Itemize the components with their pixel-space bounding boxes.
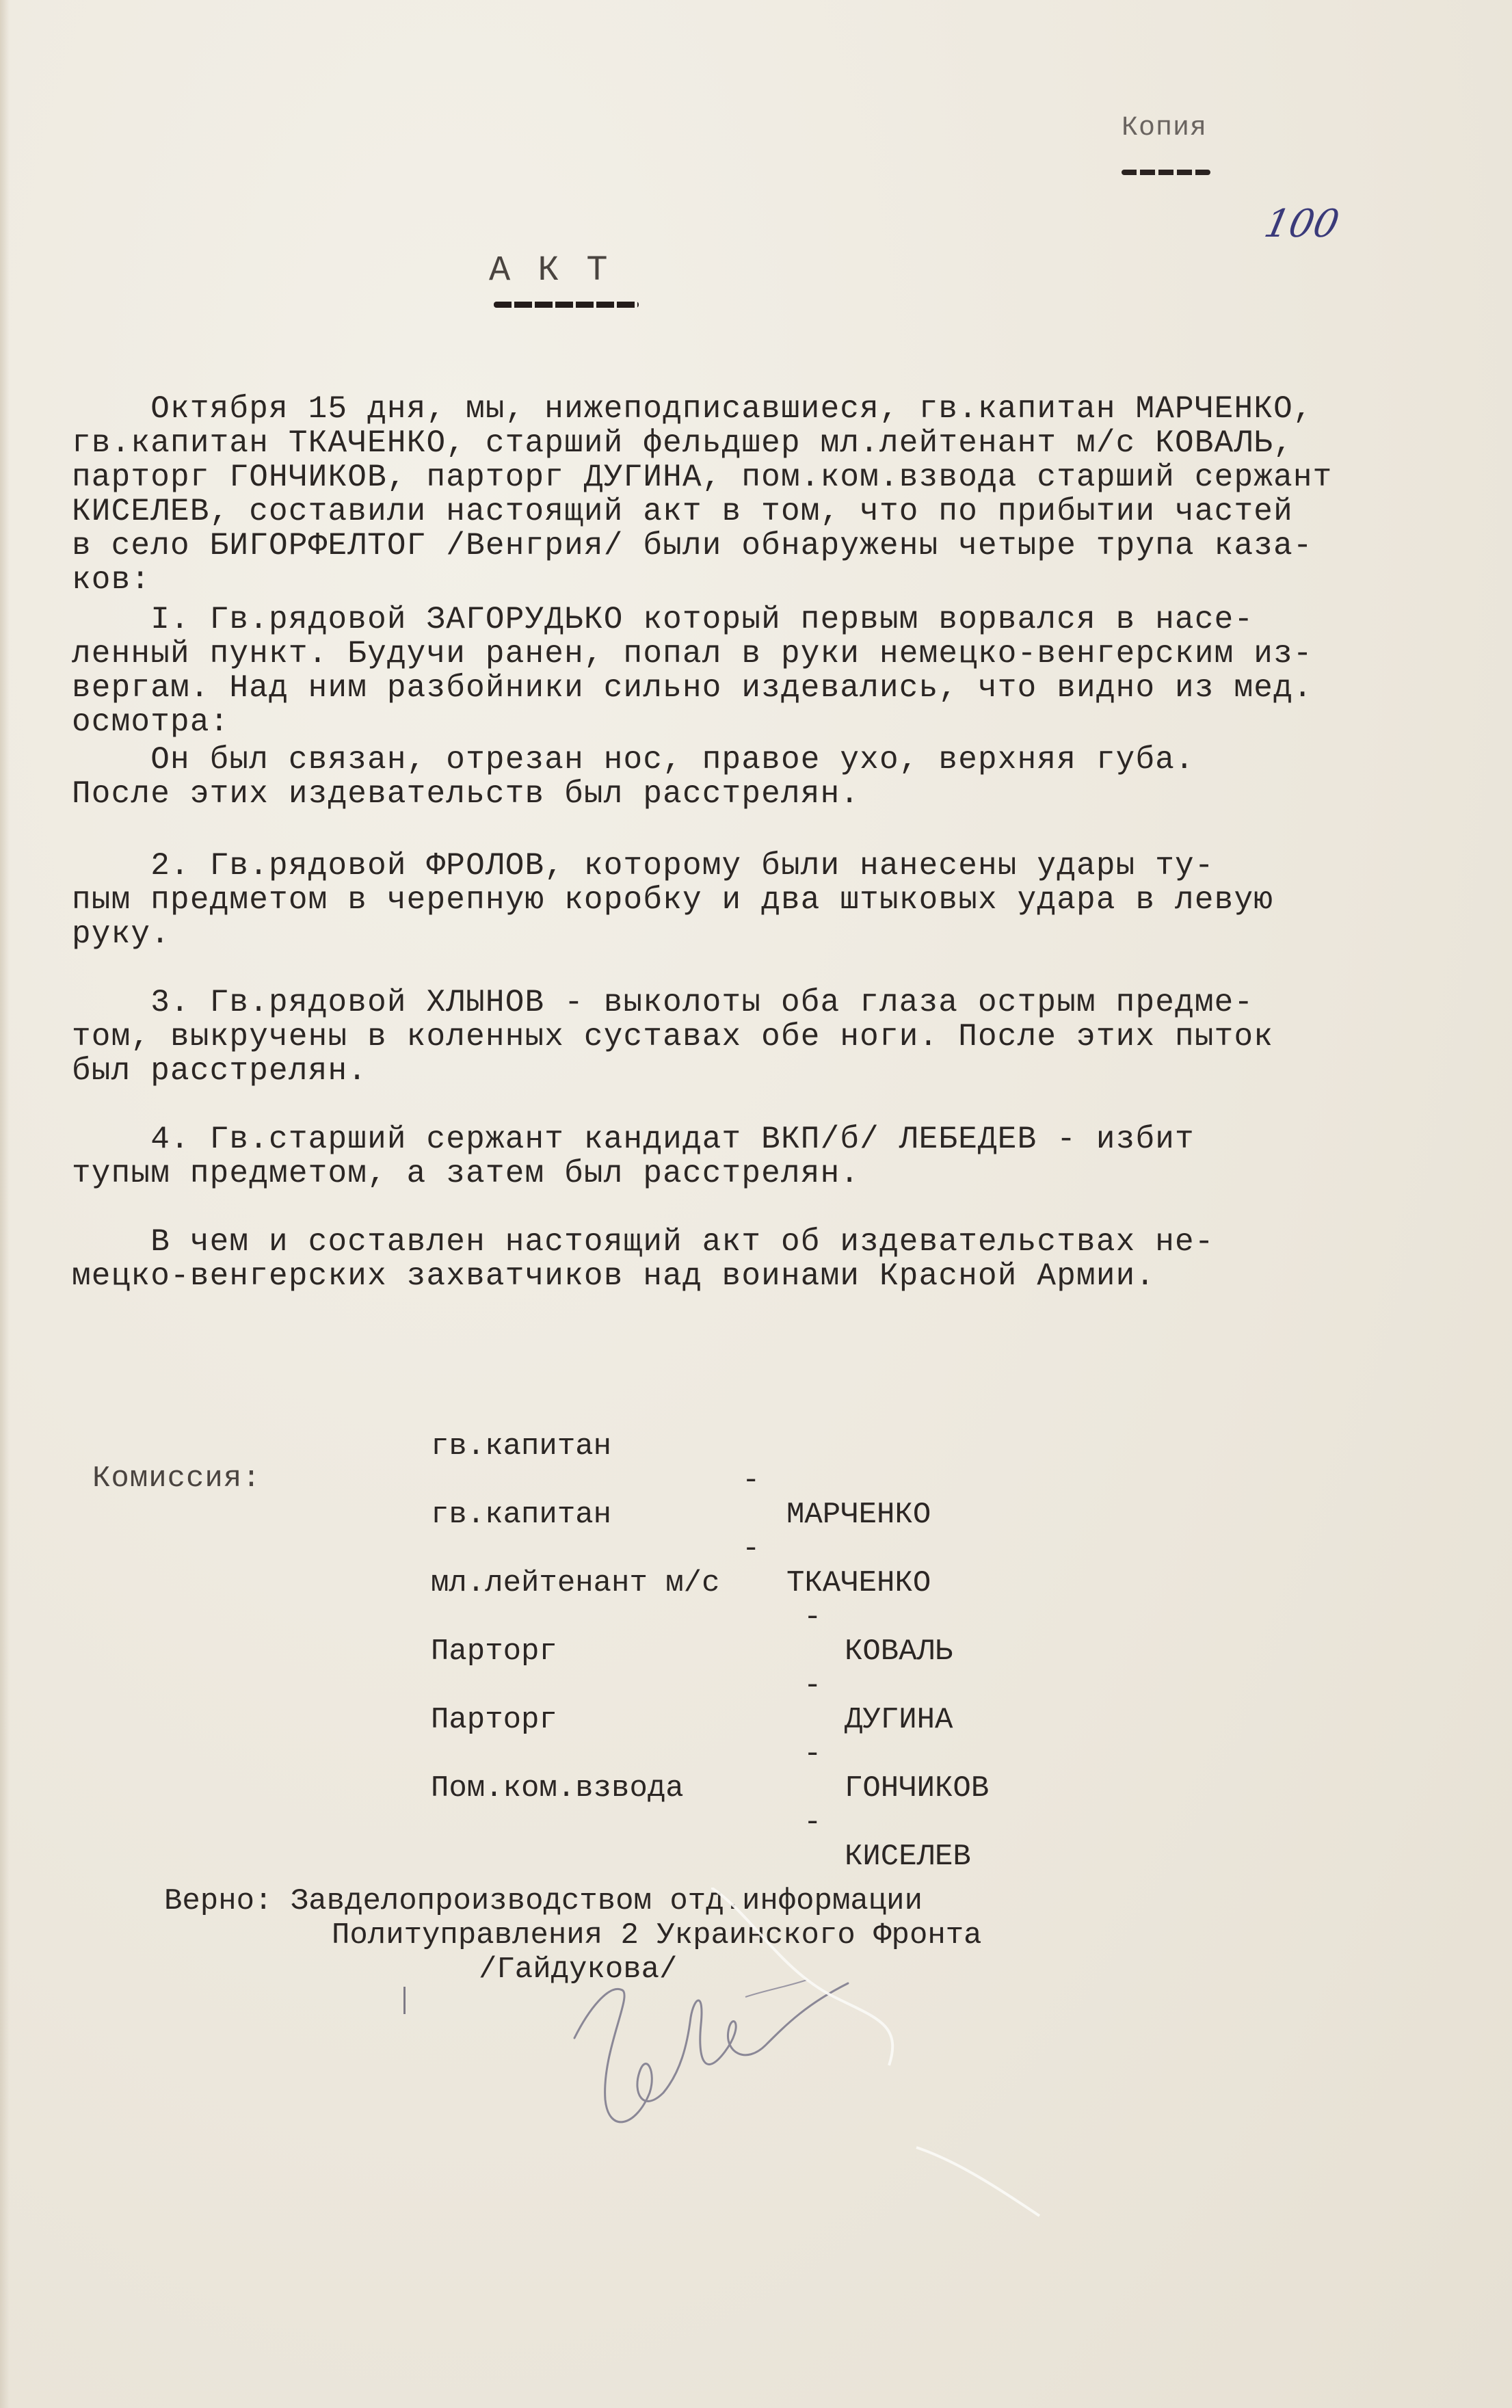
text-line: осмотра:: [72, 704, 229, 740]
member-name: КИСЕЛЕВ: [845, 1840, 971, 1874]
member-name: МАРЧЕНКО: [786, 1498, 931, 1532]
member-dash: -: [804, 1737, 821, 1771]
member-dash: -: [804, 1669, 821, 1703]
paper-edge: [0, 0, 10, 2408]
text-line: После этих издевательств был расстрелян.: [72, 776, 860, 812]
text-line: был расстрелян.: [72, 1053, 367, 1089]
text-line: 4. Гв.старший сержант кандидат ВКП/б/ ЛЕ…: [72, 1122, 1195, 1157]
member-dash: -: [804, 1600, 821, 1635]
text-line: 3. Гв.рядовой ХЛЫНОВ - выколоты оба глаз…: [72, 985, 1254, 1020]
member-rank: Парторг: [431, 1703, 557, 1737]
member-dash: -: [804, 1805, 821, 1840]
text-line: Октября 15 дня, мы, нижеподписавшиеся, г…: [72, 391, 1313, 427]
document-title: АКТ: [489, 253, 635, 289]
commission-label: Комиссия:: [92, 1464, 261, 1494]
text-line: том, выкручены в коленных суставах обе н…: [72, 1019, 1273, 1055]
text-line: ленный пункт. Будучи ранен, попал в руки…: [72, 636, 1313, 672]
copy-underline: [1122, 170, 1210, 175]
member-rank: Пом.ком.взвода: [431, 1771, 684, 1805]
member-name: ТКАЧЕНКО: [786, 1566, 931, 1600]
text-line: мецко-венгерских захватчиков над воинами…: [72, 1258, 1155, 1294]
text-line: пым предметом в черепную коробку и два ш…: [72, 882, 1273, 918]
text-line: I. Гв.рядовой ЗАГОРУДЬКО который первым …: [72, 602, 1254, 637]
page-number: 100: [1260, 202, 1343, 246]
member-name: КОВАЛЬ: [845, 1635, 953, 1669]
member-name: ГОНЧИКОВ: [845, 1771, 989, 1805]
member-dash: -: [742, 1464, 760, 1498]
member-rank: гв.капитан: [431, 1498, 611, 1532]
member-rank: гв.капитан: [431, 1429, 611, 1464]
text-line: КИСЕЛЕВ, составили настоящий акт в том, …: [72, 494, 1293, 529]
text-line: гв.капитан ТКАЧЕНКО, старший фельдшер мл…: [72, 425, 1293, 461]
text-line: 2. Гв.рядовой ФРОЛОВ, которому были нане…: [72, 848, 1215, 884]
text-line: В чем и составлен настоящий акт об издев…: [72, 1224, 1215, 1260]
text-line: в село БИГОРФЕЛТОГ /Венгрия/ были обнару…: [72, 528, 1313, 564]
text-line: ков:: [72, 562, 150, 598]
text-line: парторг ГОНЧИКОВ, парторг ДУГИНА, пом.ко…: [72, 460, 1333, 495]
text-line: Он был связан, отрезан нос, правое ухо, …: [72, 742, 1195, 778]
title-underline: [494, 302, 639, 308]
text-line: вергам. Над ним разбойники сильно издева…: [72, 670, 1313, 706]
copy-label: Копия: [1122, 115, 1207, 142]
commission-member: Пом.ком.взвода - КИСЕЛЕВ: [431, 1737, 503, 1908]
pencil-mark: [403, 1987, 406, 2014]
member-rank: мл.лейтенант м/с: [431, 1566, 719, 1600]
paper-crease: [711, 1888, 1190, 2230]
member-name: ДУГИНА: [845, 1703, 953, 1737]
member-dash: -: [742, 1532, 760, 1566]
member-rank: Парторг: [431, 1635, 557, 1669]
text-line: тупым предметом, а затем был расстрелян.: [72, 1156, 860, 1191]
text-line: руку.: [72, 916, 170, 952]
